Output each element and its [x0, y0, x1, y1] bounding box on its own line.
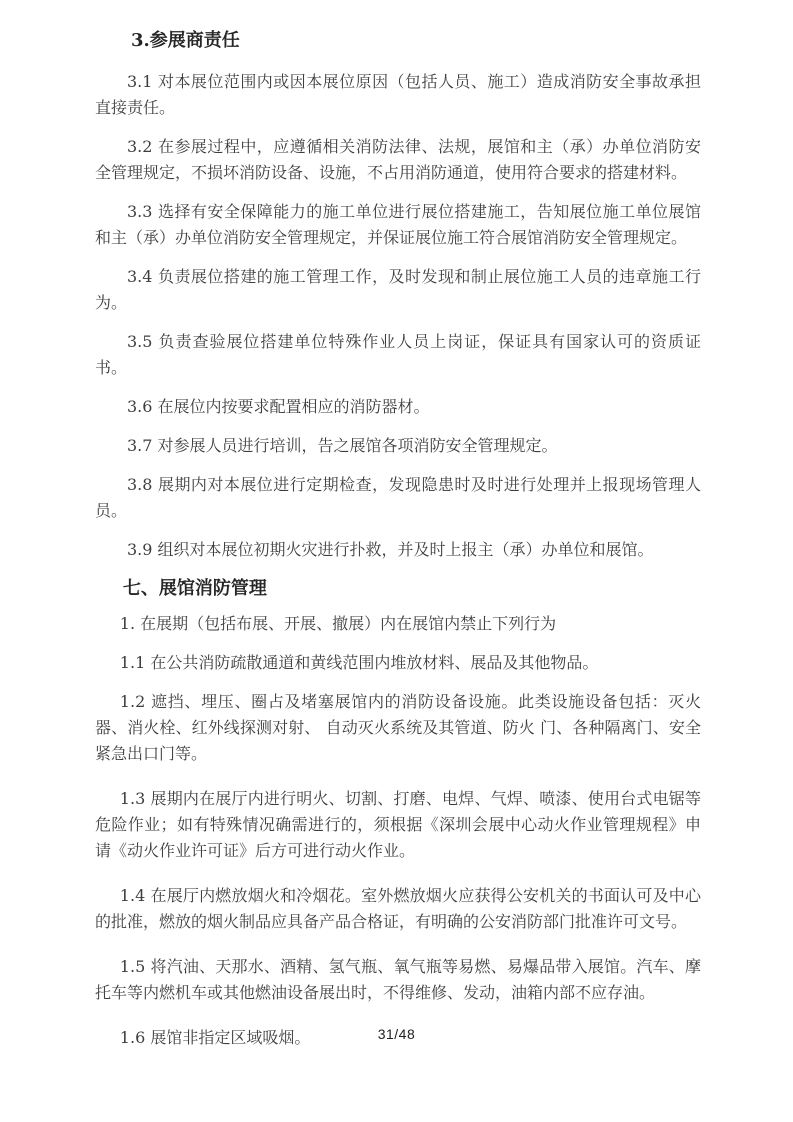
document-page: 3.参展商责任 3.1 对本展位范围内或因本展位原因（包括人员、施工）造成消防安… [0, 0, 793, 1122]
paragraph-3-4: 3.4 负责展位搭建的施工管理工作，及时发现和制止展位施工人员的违章施工行为。 [95, 264, 701, 316]
paragraph-3-1: 3.1 对本展位范围内或因本展位原因（包括人员、施工）造成消防安全事故承担直接责… [95, 69, 701, 121]
heading-venue-fire-management: 七、展馆消防管理 [95, 576, 701, 601]
paragraph-3-3: 3.3 选择有安全保障能力的施工单位进行展位搭建施工，告知展位施工单位展馆和主（… [95, 199, 701, 251]
paragraph-3-9: 3.9 组织对本展位初期火灾进行扑救，并及时上报主（承）办单位和展馆。 [95, 537, 701, 563]
paragraph-1-intro: 1. 在展期（包括布展、开展、撤展）内在展馆内禁止下列行为 [95, 611, 701, 637]
document-body: 3.参展商责任 3.1 对本展位范围内或因本展位原因（包括人员、施工）造成消防安… [95, 28, 701, 1064]
paragraph-3-7: 3.7 对参展人员进行培训，告之展馆各项消防安全管理规定。 [95, 433, 701, 459]
page-footer: 31/48 [0, 1024, 793, 1043]
paragraph-1-1: 1.1 在公共消防疏散通道和黄线范围内堆放材料、展品及其他物品。 [95, 650, 701, 676]
paragraph-3-8: 3.8 展期内对本展位进行定期检查，发现隐患时及时进行处理并上报现场管理人员。 [95, 472, 701, 524]
paragraph-1-2: 1.2 遮挡、埋压、圈占及堵塞展馆内的消防设备设施。此类设施设备包括：灭火器、消… [95, 689, 701, 767]
heading-exhibitor-responsibility: 3.参展商责任 [95, 28, 701, 53]
paragraph-3-6: 3.6 在展位内按要求配置相应的消防器材。 [95, 394, 701, 420]
paragraph-1-5: 1.5 将汽油、天那水、酒精、氢气瓶、氧气瓶等易燃、易爆品带入展馆。汽车、摩托车… [95, 954, 701, 1006]
paragraph-1-3: 1.3 展期内在展厅内进行明火、切割、打磨、电焊、气焊、喷漆、使用台式电锯等危险… [95, 786, 701, 864]
paragraph-1-4: 1.4 在展厅内燃放烟火和冷烟花。室外燃放烟火应获得公安机关的书面认可及中心的批… [95, 883, 701, 935]
page-number: 31/48 [378, 1026, 416, 1042]
paragraph-3-2: 3.2 在参展过程中，应遵循相关消防法律、法规，展馆和主（承）办单位消防安全管理… [95, 134, 701, 186]
paragraph-3-5: 3.5 负责查验展位搭建单位特殊作业人员上岗证，保证具有国家认可的资质证书。 [95, 329, 701, 381]
